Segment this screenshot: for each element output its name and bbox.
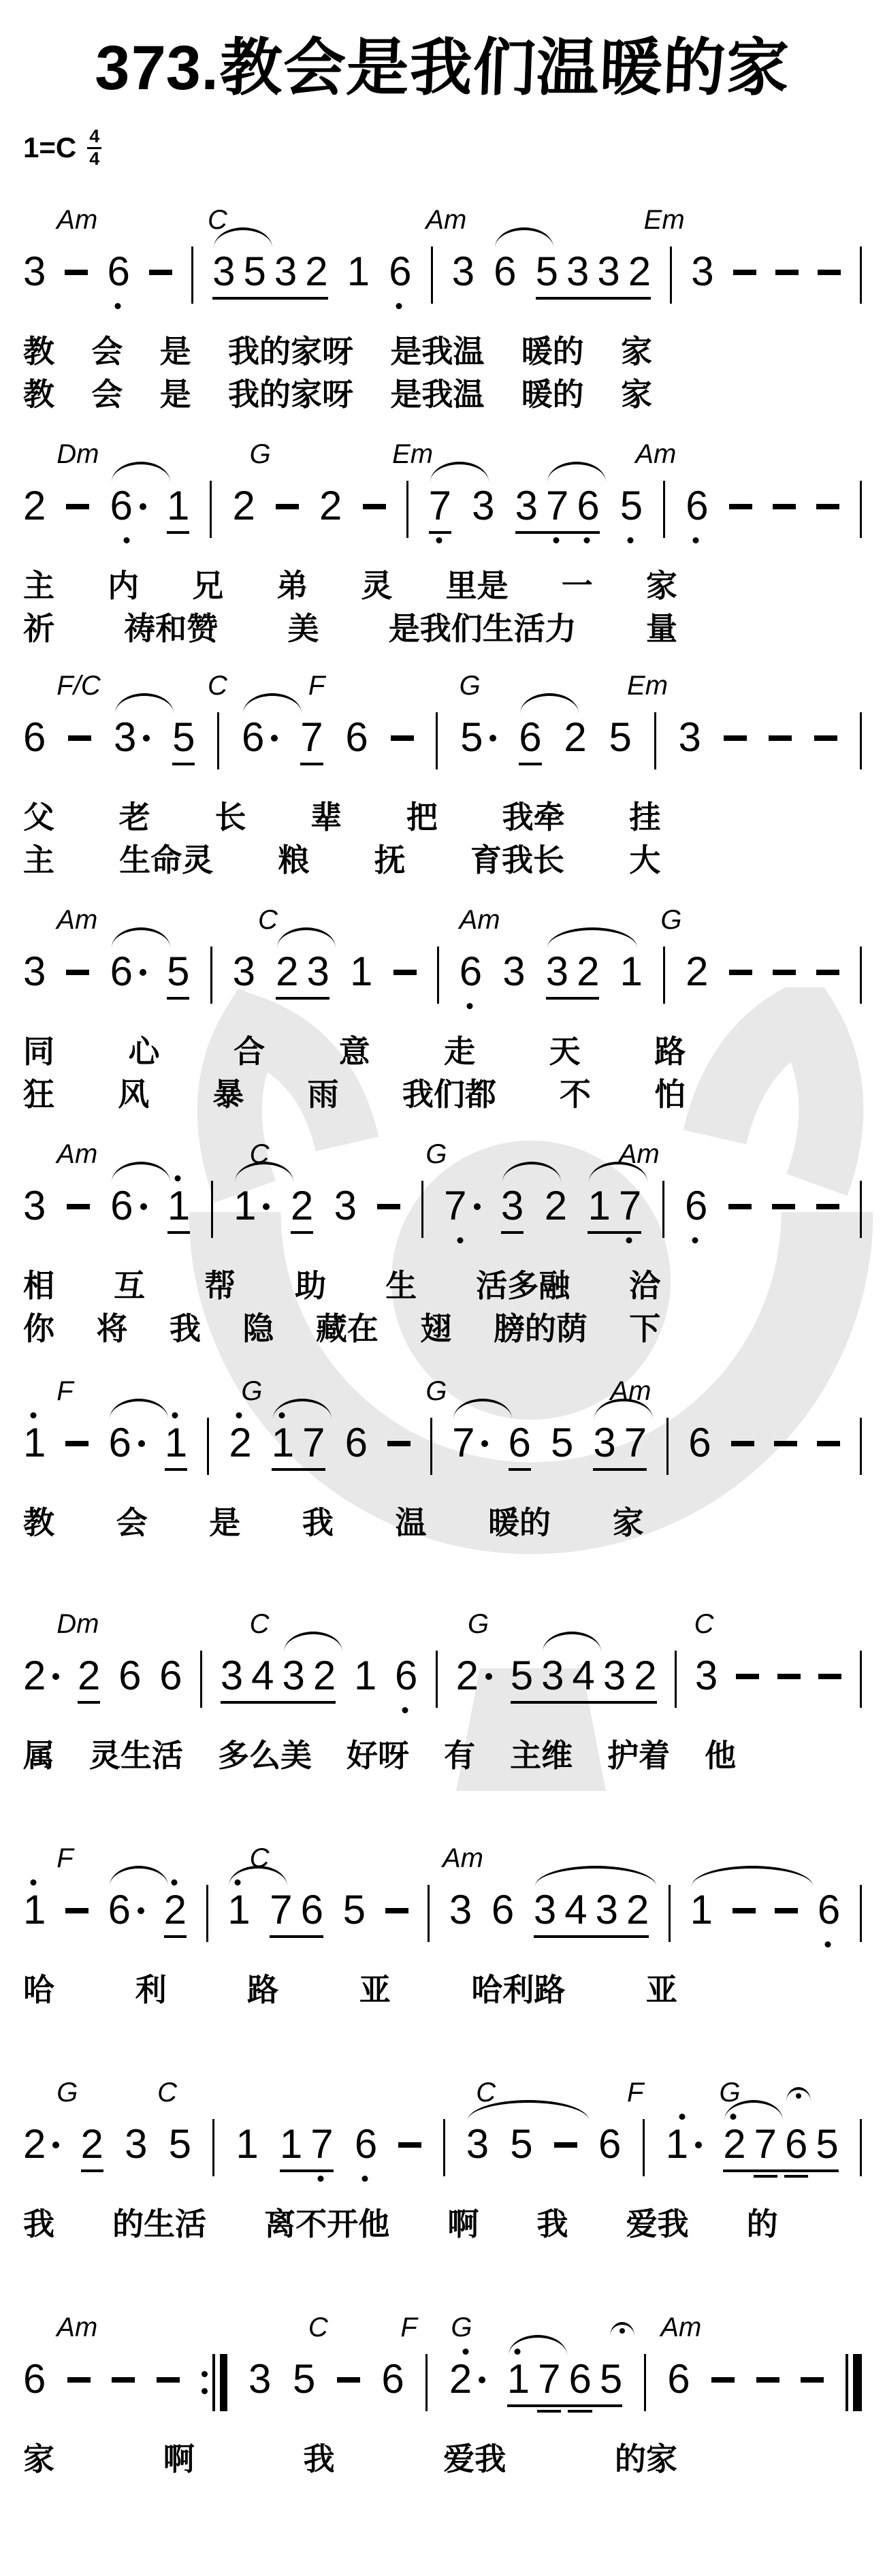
octave-dot-above [174, 1175, 180, 1181]
note-token: 6 [108, 1885, 144, 1935]
note-token: 5 [551, 1418, 573, 1468]
note-digit: 2 [449, 2354, 472, 2404]
note-token: 3 [114, 712, 150, 763]
note-digit: 5 [600, 2354, 622, 2404]
note-digit: 1 [347, 247, 370, 297]
music-system: AmCAmG3653231633212同心合意走天路狂风暴雨我们都不怕 [23, 896, 862, 1113]
beamed-note-group: 3432 [534, 1885, 649, 1938]
beamed-note-group: 1765 [507, 2354, 623, 2407]
key-label: 1=C [23, 131, 76, 164]
dash-note [65, 1908, 88, 1913]
lyric-word: 家 [621, 377, 652, 413]
lyric-word: 好呀 [347, 1738, 409, 1774]
note-token: 2 [23, 481, 46, 531]
beamed-note-group: 1 [165, 1418, 187, 1471]
dash-note [65, 270, 88, 275]
lyric-line: 主内兄弟灵里是一家 [23, 568, 677, 604]
note-token: 3 [125, 2119, 147, 2169]
note-digit: 6 [110, 1181, 133, 1231]
octave-dot-below [553, 537, 559, 543]
augmentation-dot [474, 1203, 481, 1210]
note-token: 1 [236, 2119, 258, 2169]
lyric-line: 哈利路亚哈利路亚 [23, 1972, 677, 2008]
note-token: 3 [534, 1885, 556, 1935]
note-digit: 3 [695, 1651, 718, 1701]
key-signature: 1=C 4 4 [23, 127, 101, 169]
note-token: 1 [23, 1418, 46, 1468]
barline [206, 1885, 208, 1942]
time-signature: 4 4 [87, 127, 101, 169]
dash-note [554, 2142, 577, 2148]
barline [430, 1418, 432, 1475]
note-token: 1 [167, 1181, 190, 1231]
note-digit: 3 [534, 1885, 556, 1935]
barline [207, 1418, 209, 1475]
note-digit: 2 [313, 1651, 336, 1701]
note-digit: 7 [754, 2119, 777, 2169]
note-digit: 6 [785, 2119, 807, 2169]
barline-thick [220, 2354, 227, 2411]
music-system: GCCFG2235117635612765我的生活离不开他啊我爱我的 [23, 2069, 862, 2242]
time-signature-denominator: 4 [89, 149, 99, 170]
note-token: 2 [319, 481, 342, 531]
note-token: 6 [110, 1181, 146, 1231]
lyric-word: 隐 [242, 1311, 274, 1347]
octave-dot-above [172, 1412, 178, 1418]
dash-note [729, 970, 752, 975]
note-digit: 7 [452, 1418, 474, 1468]
note-token: 4 [564, 1885, 587, 1935]
note-digit: 3 [472, 481, 494, 531]
chord-label: G [241, 1376, 262, 1407]
note-digit: 7 [624, 1418, 647, 1468]
note-digit: 6 [23, 712, 46, 763]
lyric-word: 我 [23, 2206, 54, 2242]
dash-note [728, 1204, 752, 1209]
note-token: 1 [620, 947, 643, 997]
octave-dot-above [171, 1879, 177, 1886]
lyric-word: 我牵 [502, 799, 565, 836]
note-digit: 6 [818, 1885, 840, 1935]
chord-label: C [208, 205, 227, 236]
lyric-word: 教 [23, 377, 54, 413]
barline [666, 1418, 669, 1475]
augmentation-dot [52, 2142, 59, 2148]
lyric-word: 我的家呀 [228, 377, 353, 413]
note-token: 3 [283, 1651, 305, 1701]
augmentation-dot [52, 1673, 59, 1680]
lyric-word: 主维 [510, 1738, 573, 1774]
note-digit: 3 [274, 247, 297, 297]
note-token: 6 [355, 2119, 377, 2169]
beamed-note-group: 3532 [212, 247, 328, 300]
note-digit: 4 [572, 1651, 594, 1701]
note-token: 3 [501, 1181, 524, 1231]
note-digit: 3 [603, 1651, 626, 1701]
note-token: 6 [345, 1418, 368, 1468]
note-token: 6 [159, 1651, 182, 1701]
note-digit: 5 [169, 2119, 191, 2169]
note-digit: 2 [291, 1181, 313, 1231]
note-digit: 6 [667, 2354, 690, 2404]
octave-dot-below [824, 1941, 831, 1947]
lyric-word: 家 [646, 568, 677, 604]
note-digit: 1 [354, 1651, 376, 1701]
lyric-word: 多么美 [218, 1738, 312, 1774]
octave-dot-below [114, 303, 120, 309]
lyric-word: 是 [209, 1505, 240, 1541]
note-digit: 6 [389, 247, 411, 297]
lyric-word: 走 [444, 1034, 475, 1070]
lyric-word: 相 [23, 1268, 54, 1304]
notes-row: 1612176765376 [23, 1418, 862, 1489]
note-token: 1 [507, 2354, 530, 2404]
note-token: 2 [291, 1181, 313, 1231]
lyric-word: 里是 [446, 568, 509, 604]
lyric-line: 主生命灵粮抚育我长大 [23, 842, 660, 878]
beamed-note-group: 3 [501, 1181, 524, 1234]
note-token: 2 [564, 712, 586, 763]
chord-row: DmCGC [23, 1600, 862, 1640]
barline [860, 1885, 862, 1942]
lyric-word: 离不开他 [264, 2206, 389, 2242]
note-token: 2 [626, 1885, 649, 1935]
notes-row: 261227337656 [23, 481, 862, 552]
note-digit: 5 [511, 1651, 533, 1701]
dash-note [711, 2377, 735, 2383]
lyric-word: 会 [116, 1505, 148, 1541]
note-digit: 1 [23, 1885, 46, 1935]
dash-note [66, 504, 89, 509]
note-digit: 3 [502, 947, 525, 997]
note-digit: 5 [551, 1418, 573, 1468]
note-token: 6 [23, 2354, 46, 2404]
barline [191, 247, 193, 304]
note-digit: 5 [816, 2119, 838, 2169]
note-token: 6 [108, 1418, 144, 1468]
note-digit: 6 [301, 1885, 323, 1935]
lyric-word: 他 [705, 1738, 736, 1774]
lyric-word: 把 [406, 799, 438, 836]
barline [654, 712, 656, 769]
barline [210, 947, 212, 1004]
chord-label: F [57, 1843, 73, 1874]
note-digit: 3 [597, 247, 619, 297]
note-token: 3 [307, 947, 329, 997]
notes-row: 363532163653323 [23, 247, 862, 317]
note-digit: 2 [577, 947, 599, 997]
dash-note [774, 1441, 797, 1446]
barline [212, 2119, 214, 2176]
dash-note [157, 2377, 180, 2383]
lyric-word: 暖的 [488, 1505, 551, 1541]
note-token: 1 [165, 1418, 187, 1468]
dash-note [337, 2377, 360, 2383]
note-digit: 2 [23, 2119, 46, 2169]
note-token: 3 [695, 1651, 718, 1701]
barline [436, 1651, 438, 1708]
lyric-word: 互 [114, 1268, 145, 1304]
chord-label: C [258, 905, 278, 936]
note-digit: 3 [248, 2354, 271, 2404]
dash-note [733, 1908, 756, 1913]
note-token: 6 [110, 947, 146, 997]
augmentation-dot [143, 735, 150, 742]
note-digit: 3 [449, 1885, 472, 1935]
note-token: 3 [274, 247, 297, 297]
barline [860, 247, 862, 304]
note-token: 7 [444, 1181, 480, 1231]
augmentation-dot [263, 1203, 270, 1210]
lyric-word: 是我温 [390, 334, 484, 370]
note-digit: 5 [343, 1885, 366, 1935]
note-token: 5 [510, 2119, 532, 2169]
dash-note [65, 1441, 88, 1446]
note-digit: 2 [456, 1651, 479, 1701]
barline [662, 1181, 664, 1238]
beamed-note-group: 2 [78, 1651, 100, 1704]
lyric-word: 长 [214, 799, 246, 836]
note-token: 5 [343, 1885, 366, 1935]
chord-label: F [57, 1376, 73, 1407]
note-digit: 7 [444, 1181, 466, 1231]
lyric-word: 雨 [308, 1077, 339, 1113]
lyric-word: 我 [170, 1311, 201, 1347]
barline [670, 247, 672, 304]
note-token: 3 [502, 947, 525, 997]
dash-note [393, 970, 417, 975]
lyric-word: 我 [303, 2441, 334, 2477]
lyric-word: 主 [23, 842, 54, 878]
dash-note [149, 270, 172, 275]
beamed-note-group: 3432 [221, 1651, 336, 1704]
note-digit: 1 [167, 1181, 190, 1231]
note-digit: 5 [609, 712, 632, 763]
note-token: 3 [691, 247, 713, 297]
note-digit: 7 [538, 2354, 560, 2404]
note-token: 5 [816, 2119, 838, 2169]
song-title: 373.教会是我们温暖的家 [0, 18, 885, 108]
note-digit: 3 [566, 247, 589, 297]
note-digit: 3 [593, 1418, 615, 1468]
note-token: 5 [536, 247, 558, 297]
dash-note [733, 270, 756, 275]
beamed-note-group: 5332 [536, 247, 651, 300]
octave-dot-above [679, 2114, 685, 2120]
barline [200, 1651, 202, 1708]
beamed-note-group: 7 [429, 481, 451, 534]
note-token: 3 [23, 947, 46, 997]
beamed-note-group: 6 [509, 1418, 531, 1471]
lyric-word: 教 [23, 334, 54, 370]
lyric-line: 狂风暴雨我们都不怕 [23, 1077, 686, 1113]
octave-dot-above [31, 1879, 37, 1886]
lyric-word: 路 [654, 1034, 686, 1070]
lyric-word: 暖的 [521, 334, 584, 370]
note-digit: 3 [114, 712, 136, 763]
lyric-word: 祈 [23, 611, 54, 647]
dash-note [801, 2377, 824, 2383]
barline [860, 2119, 862, 2176]
octave-dot-below [584, 537, 590, 543]
note-digit: 6 [108, 247, 130, 297]
note-token: 5 [169, 2119, 191, 2169]
music-system: AmCAmEm363532163653323教会是我的家呀是我温暖的家教会是我的… [23, 196, 862, 413]
dash-note [773, 504, 796, 509]
note-token: 7 [538, 2354, 560, 2404]
note-digit: 5 [244, 247, 266, 297]
note-digit: 2 [233, 481, 255, 531]
lyric-word: 活多融 [476, 1268, 570, 1304]
note-token: 6 [568, 2354, 591, 2404]
note-token: 3 [334, 1181, 357, 1231]
chord-label: G [460, 671, 481, 701]
sheet-music-page: 373.教会是我们温暖的家 1=C 4 4 AmCAmEm36353216365… [0, 0, 885, 2576]
barline [644, 2354, 646, 2411]
note-digit: 4 [251, 1651, 274, 1701]
note-token: 2 [276, 947, 298, 997]
chord-label: Am [57, 1139, 97, 1170]
beamed-note-group: 7 [300, 712, 323, 765]
augmentation-dot [695, 2142, 702, 2148]
lyric-line: 你将我隐藏在翅膀的荫下 [23, 1311, 660, 1347]
lyric-word: 的 [747, 2206, 778, 2242]
note-digit: 3 [307, 947, 329, 997]
octave-dot-below [693, 537, 699, 543]
note-token: 2 [305, 247, 327, 297]
note-digit: 3 [23, 247, 46, 297]
notes-row: 63567656253 [23, 712, 862, 783]
repeat-dots [202, 2371, 208, 2394]
note-digit: 1 [280, 2119, 302, 2169]
note-digit: 2 [81, 2119, 103, 2169]
note-token: 6 [389, 247, 411, 297]
lyric-word: 生 [385, 1268, 417, 1304]
dash-note [756, 2377, 779, 2383]
octave-dot-below [457, 1237, 464, 1243]
augmentation-dot [271, 735, 278, 742]
note-digit: 1 [690, 1885, 713, 1935]
dash-note [363, 504, 386, 509]
note-digit: 6 [345, 1418, 368, 1468]
note-token: 3 [23, 247, 46, 297]
lyric-word: 是 [160, 377, 191, 413]
chord-label: Em [392, 439, 433, 470]
lyric-word: 主 [23, 568, 54, 604]
lyric-word: 家 [23, 2441, 54, 2477]
lyric-word: 帮 [204, 1268, 236, 1304]
beamed-note-group: 37 [593, 1418, 647, 1471]
octave-dot-below [318, 2176, 324, 2182]
dash-note [387, 1441, 411, 1446]
beamed-note-group: 1 [167, 481, 189, 534]
note-digit: 6 [159, 1651, 182, 1701]
note-token: 5 [600, 2354, 622, 2404]
note-digit: 3 [691, 247, 713, 297]
note-digit: 5 [172, 712, 195, 763]
lyric-line: 教会是我温暖的家 [23, 1505, 644, 1541]
augmentation-dot [479, 2376, 485, 2383]
note-digit: 3 [541, 1651, 564, 1701]
note-token: 7 [624, 1418, 647, 1468]
note-token: 2 [81, 2119, 103, 2169]
note-digit: 2 [564, 712, 586, 763]
note-digit: 4 [564, 1885, 587, 1935]
note-token: 3 [593, 1418, 615, 1468]
lyric-word: 护着 [607, 1738, 670, 1774]
dash-note [66, 970, 89, 975]
dash-note [391, 735, 414, 741]
note-token: 1 [350, 947, 372, 997]
dash-note [112, 2377, 135, 2383]
lyric-word: 啊 [163, 2441, 195, 2477]
note-token: 3 [597, 247, 619, 297]
lyric-word: 兄 [192, 568, 223, 604]
chord-label: Dm [57, 439, 99, 470]
dash-note [816, 970, 839, 975]
note-token: 7 [270, 1885, 292, 1935]
fermata-icon [786, 2087, 811, 2101]
note-digit: 5 [620, 481, 643, 531]
lyric-word: 暖的 [521, 377, 584, 413]
lyric-word: 会 [91, 377, 123, 413]
barline [428, 1885, 430, 1942]
final-barline [846, 2354, 862, 2411]
note-digit: 3 [334, 1181, 357, 1231]
note-token: 7 [310, 2119, 333, 2169]
note-digit: 1 [666, 2119, 688, 2169]
note-digit: 2 [723, 2119, 745, 2169]
chord-label: Em [627, 671, 668, 701]
octave-dot-below [123, 537, 129, 543]
note-token: 6 [818, 1885, 840, 1935]
barline [663, 947, 665, 1004]
note-token: 2 [723, 2119, 745, 2169]
lyric-word: 育我长 [470, 842, 564, 878]
chord-label: Dm [57, 1609, 99, 1640]
lyric-word: 家 [613, 1505, 644, 1541]
dash-note [814, 735, 837, 741]
barline [860, 1418, 862, 1475]
chord-label: C [250, 1609, 270, 1640]
barline [846, 2354, 848, 2411]
note-token: 1 [690, 1885, 713, 1935]
lyric-word: 暴 [212, 1077, 244, 1113]
note-token: 2 [23, 2119, 59, 2169]
octave-dot-above [236, 1412, 242, 1418]
chord-label: Em [644, 205, 685, 236]
note-token: 6 [23, 712, 46, 763]
chord-label: G [660, 905, 681, 936]
lyric-word: 哈 [23, 1972, 54, 2008]
note-token: 7 [619, 1181, 641, 1231]
repeat-dot [202, 2371, 208, 2377]
lyric-word: 助 [295, 1268, 326, 1304]
chord-label: G [468, 1609, 489, 1640]
notes-row: 22663432162534323 [23, 1651, 862, 1721]
barline [211, 1181, 213, 1238]
note-token: 3 [248, 2354, 271, 2404]
note-digit: 1 [236, 2119, 258, 2169]
chord-label: G [425, 1376, 447, 1407]
lyric-word: 内 [108, 568, 139, 604]
lyric-line: 教会是我的家呀是我温暖的家 [23, 334, 652, 370]
note-token: 3 [566, 247, 589, 297]
octave-dot-below [436, 537, 442, 543]
note-token: 1 [354, 1651, 376, 1701]
note-token: 6 [519, 712, 541, 763]
note-digit: 6 [395, 1651, 417, 1701]
